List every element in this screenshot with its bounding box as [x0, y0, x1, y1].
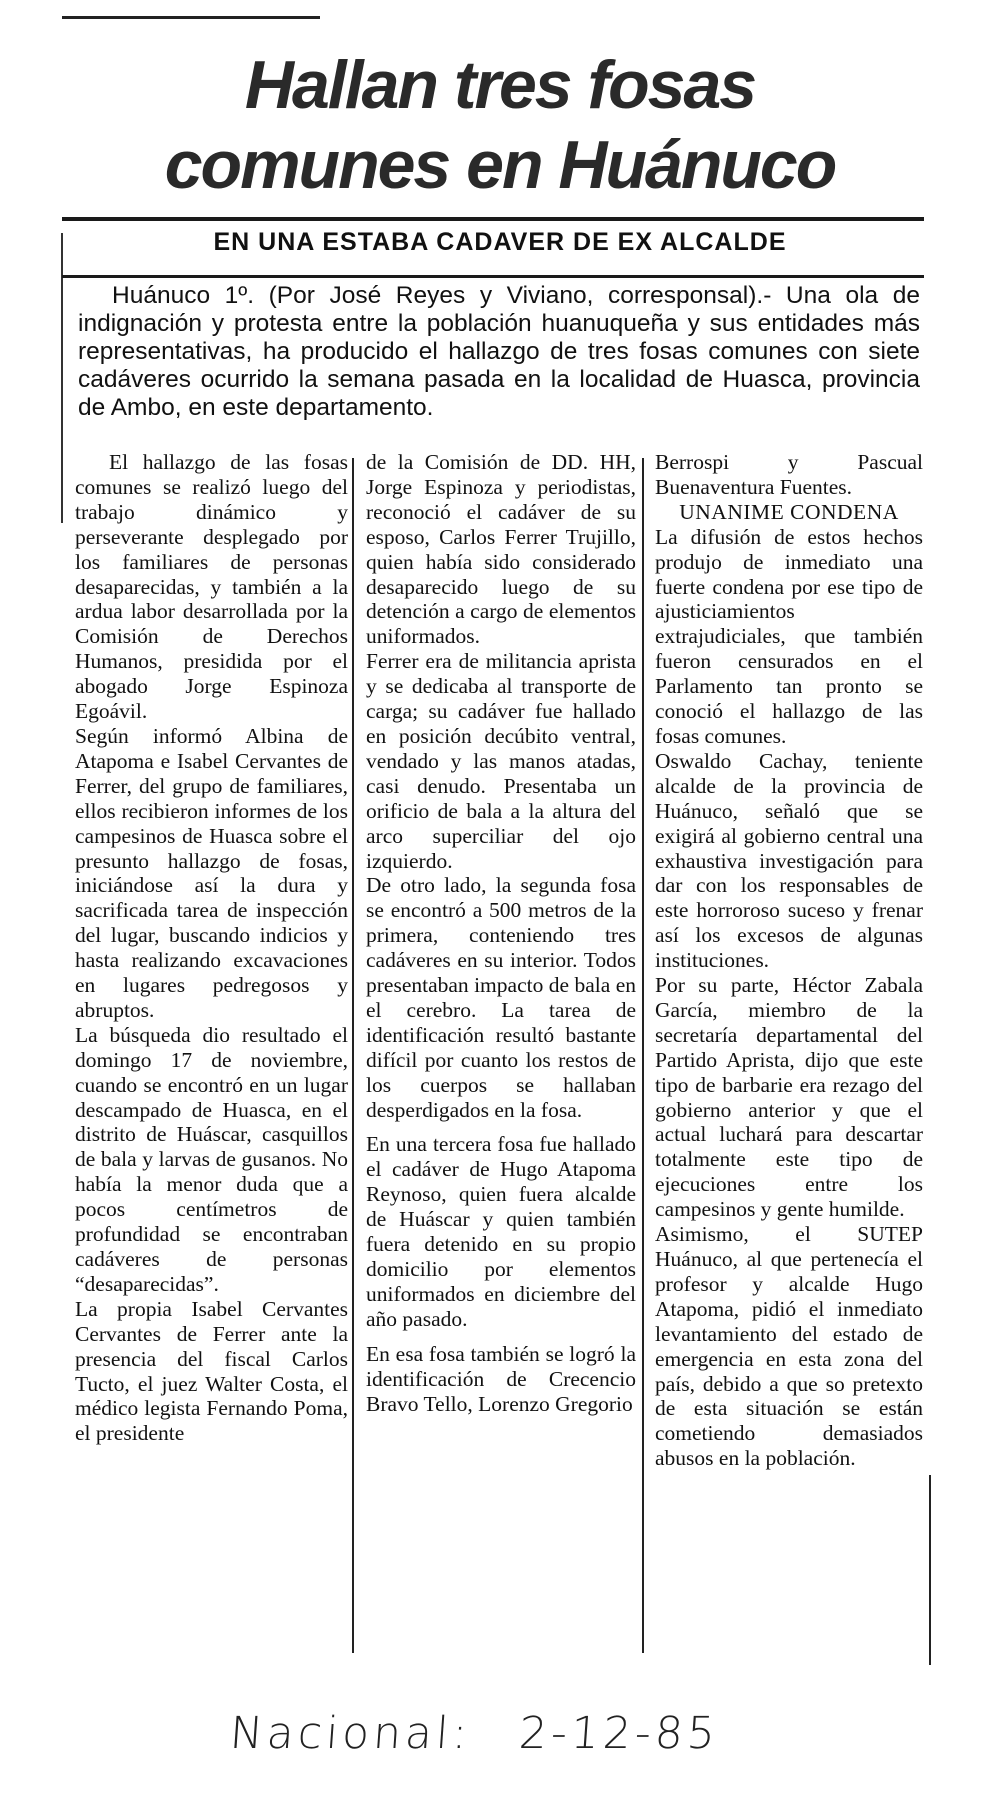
paragraph: Según informó Albina de Atapoma e Isabel…: [75, 724, 348, 1023]
headline-line-1: Hallan tres fosas: [60, 45, 940, 125]
annotation-source: Nacional:: [228, 1708, 473, 1759]
subheadline: EN UNA ESTABA CADAVER DE EX ALCALDE: [60, 228, 940, 257]
paragraph: La difusión de estos hechos produjo de i…: [655, 525, 923, 749]
paragraph: Asimismo, el SUTEP Huánuco, al que perte…: [655, 1222, 923, 1471]
paragraph: Ferrer era de militancia aprista y se de…: [366, 649, 636, 873]
paragraph: En esa fosa también se logró la identifi…: [366, 1342, 636, 1417]
column-divider: [642, 458, 644, 1653]
paragraph: En una tercera fosa fue hallado el cadáv…: [366, 1132, 636, 1331]
paragraph: de la Comisión de DD. HH, Jorge Espinoza…: [366, 450, 636, 649]
headline: Hallan tres fosas comunes en Huánuco: [60, 45, 940, 205]
paragraph: El hallazgo de las fosas comunes se real…: [75, 450, 348, 724]
article-column-1: El hallazgo de las fosas comunes se real…: [75, 450, 348, 1446]
lead-paragraph: Huánuco 1º. (Por José Reyes y Viviano, c…: [78, 282, 920, 422]
column-divider: [929, 1475, 931, 1665]
paragraph: De otro lado, la segunda fosa se encontr…: [366, 873, 636, 1122]
paragraph: La búsqueda dio resultado el domingo 17 …: [75, 1023, 348, 1297]
annotation-date: 2-12-85: [517, 1708, 720, 1759]
paragraph: Berrospi y Pascual Buenaventura Fuentes.: [655, 450, 923, 500]
handwritten-annotation: Nacional:2-12-85: [228, 1708, 752, 1759]
paragraph: Por su parte, Héctor Zabala García, miem…: [655, 973, 923, 1222]
article-column-2: de la Comisión de DD. HH, Jorge Espinoza…: [366, 450, 636, 1416]
top-rule: [62, 16, 320, 19]
headline-rule: [62, 217, 924, 221]
column-divider: [352, 458, 354, 1653]
article-column-3: Berrospi y Pascual Buenaventura Fuentes.…: [655, 450, 923, 1471]
headline-line-2: comunes en Huánuco: [60, 125, 940, 205]
newspaper-clipping: Hallan tres fosas comunes en Huánuco EN …: [0, 0, 1000, 1804]
section-heading: UNANIME CONDENA: [655, 500, 923, 525]
paragraph: Oswaldo Cachay, teniente alcalde de la p…: [655, 749, 923, 973]
subheadline-rule: [62, 275, 924, 278]
paragraph: La propia Isabel Cervantes Cervantes de …: [75, 1297, 348, 1446]
